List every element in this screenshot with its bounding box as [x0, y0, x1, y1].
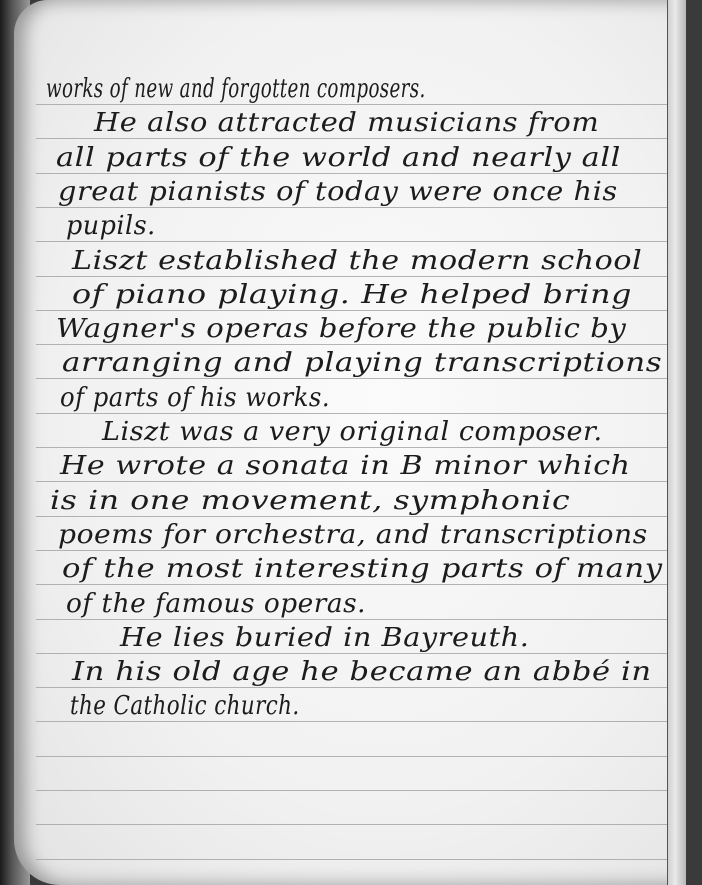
text-line: of the most interesting parts of many: [62, 554, 663, 584]
text-line: pupils.: [66, 211, 156, 241]
text-line: all parts of the world and nearly all: [56, 143, 621, 173]
text-line: Liszt established the modern school: [72, 246, 642, 276]
text-line: He also attracted musicians from: [94, 108, 599, 138]
text-line: He wrote a sonata in B minor which: [60, 451, 631, 481]
text-line: the Catholic church.: [70, 691, 300, 721]
text-line: great pianists of today were once his: [58, 177, 618, 207]
handwritten-text: works of new and forgotten composers. He…: [14, 0, 686, 885]
text-line: of the famous operas.: [66, 589, 366, 619]
text-line: Wagner's operas before the public by: [56, 314, 626, 344]
text-line: is in one movement, symphonic: [50, 486, 570, 516]
text-line: of parts of his works.: [60, 383, 330, 413]
text-line: arranging and playing transcriptions: [62, 348, 662, 378]
text-line: He lies buried in Bayreuth.: [120, 623, 529, 653]
text-line: Liszt was a very original composer.: [102, 417, 603, 447]
text-line: In his old age he became an abbé in: [72, 657, 652, 687]
notebook-page: works of new and forgotten composers. He…: [14, 0, 686, 885]
text-line: of piano playing. He helped bring: [72, 280, 632, 310]
text-line: works of new and forgotten composers.: [46, 74, 426, 104]
text-line: poems for orchestra, and transcriptions: [58, 520, 648, 550]
